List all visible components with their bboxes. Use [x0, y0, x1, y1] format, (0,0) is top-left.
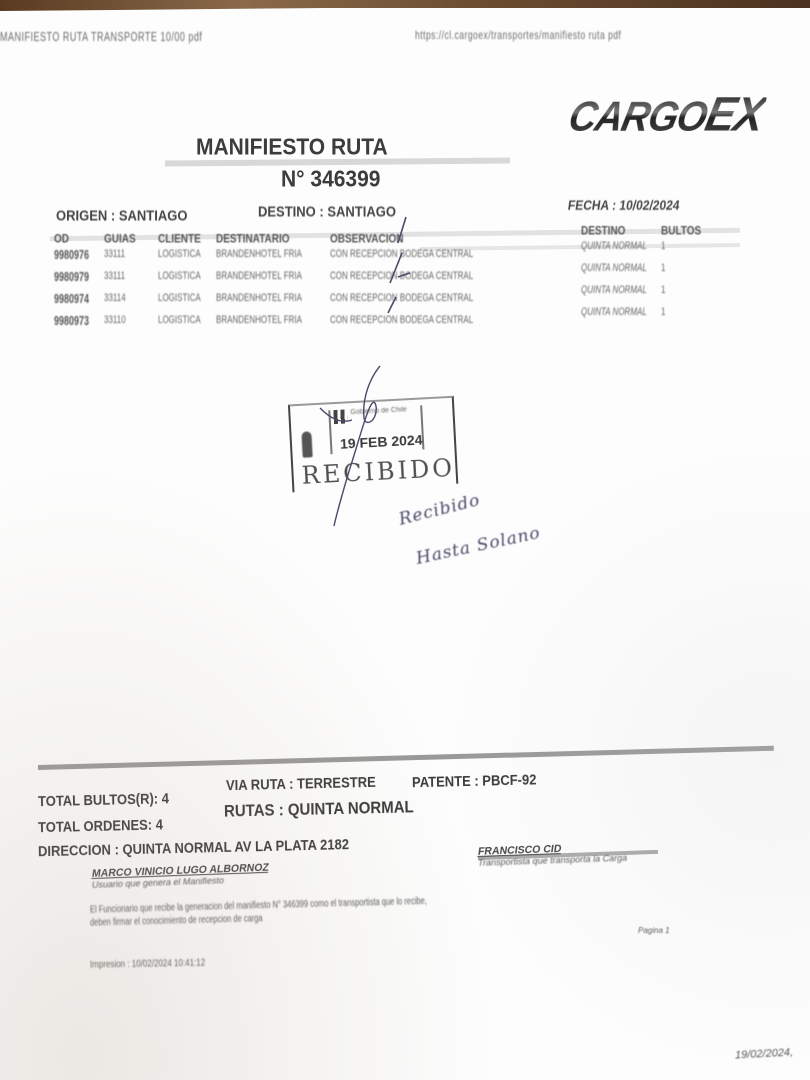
- route-name: RUTAS : QUINTA NORMAL: [224, 798, 414, 821]
- cell-destino: QUINTA NORMAL: [581, 283, 647, 296]
- address: DIRECCION : QUINTA NORMAL AV LA PLATA 21…: [38, 836, 349, 860]
- cell-destino: QUINTA NORMAL: [581, 261, 647, 274]
- cell-destinatario: BRANDENHOTEL FRIA: [216, 291, 302, 304]
- cell-guias: 33111: [104, 247, 125, 260]
- cell-bultos: 1: [661, 305, 665, 318]
- page-title: MANIFIESTO RUTA: [196, 135, 388, 161]
- cargoex-logo: CARGOEX: [564, 88, 769, 143]
- signature-scribble-icon: [300, 358, 410, 528]
- pen-mark-icon: [380, 213, 420, 323]
- manifest-number: N° 346399: [281, 167, 380, 193]
- logo-main: CARGO: [565, 94, 711, 140]
- cell-cliente: LOGISTICA: [158, 247, 201, 260]
- total-orders: TOTAL ORDENES: 4: [38, 816, 163, 835]
- route-type: VIA RUTA : TERRESTRE: [226, 774, 376, 794]
- cell-destinatario: BRANDENHOTEL FRIA: [216, 269, 302, 282]
- cell-guias: 33114: [104, 291, 126, 304]
- logo-suffix: EX: [701, 88, 769, 142]
- cell-cliente: LOGISTICA: [158, 291, 201, 304]
- column-header: CLIENTE: [158, 233, 201, 246]
- cell-destino: QUINTA NORMAL: [581, 305, 647, 318]
- footer-rule: [38, 746, 774, 770]
- cell-od: 9980979: [54, 270, 89, 284]
- column-header: GUIAS: [104, 233, 136, 246]
- cell-destino: QUINTA NORMAL: [581, 239, 647, 252]
- column-header: OD: [54, 233, 69, 246]
- column-header: BULTOS: [661, 225, 701, 238]
- print-header-left: MANIFIESTO RUTA TRANSPORTE 10/00 pdf: [0, 30, 202, 44]
- date-field: FECHA : 10/02/2024: [567, 197, 681, 213]
- manifest-page: MANIFIESTO RUTA TRANSPORTE 10/00 pdf htt…: [0, 8, 810, 1080]
- cell-cliente: LOGISTICA: [158, 269, 201, 282]
- page-number: Pagina 1: [638, 926, 670, 935]
- cell-bultos: 1: [661, 283, 665, 296]
- column-header: DESTINATARIO: [216, 233, 290, 246]
- cell-bultos: 1: [661, 261, 665, 274]
- cell-destinatario: BRANDENHOTEL FRIA: [216, 313, 302, 326]
- column-header: DESTINO: [581, 225, 625, 238]
- print-header-right: https://cl.cargoex/transportes/manifiest…: [415, 28, 621, 42]
- total-packages: TOTAL BULTOS(R): 4: [38, 790, 169, 810]
- cell-od: 9980973: [54, 314, 89, 328]
- cell-od: 9980976: [54, 248, 89, 262]
- license-plate: PATENTE : PBCF-92: [412, 771, 537, 790]
- print-timestamp: Impresion : 10/02/2024 10:41:12: [90, 957, 205, 971]
- destination-field: DESTINO : SANTIAGO: [258, 203, 396, 220]
- cell-guias: 33110: [104, 313, 126, 326]
- cell-od: 9980974: [54, 292, 89, 306]
- cell-bultos: 1: [661, 239, 665, 252]
- handwritten-date: 19/02/2024,: [735, 1046, 794, 1061]
- handwritten-note-line-2: Hasta Solano: [414, 523, 542, 569]
- cell-destinatario: BRANDENHOTEL FRIA: [216, 247, 302, 260]
- origin-field: ORIGEN : SANTIAGO: [56, 207, 187, 224]
- cell-guias: 33111: [104, 269, 125, 282]
- cell-cliente: LOGISTICA: [158, 313, 201, 326]
